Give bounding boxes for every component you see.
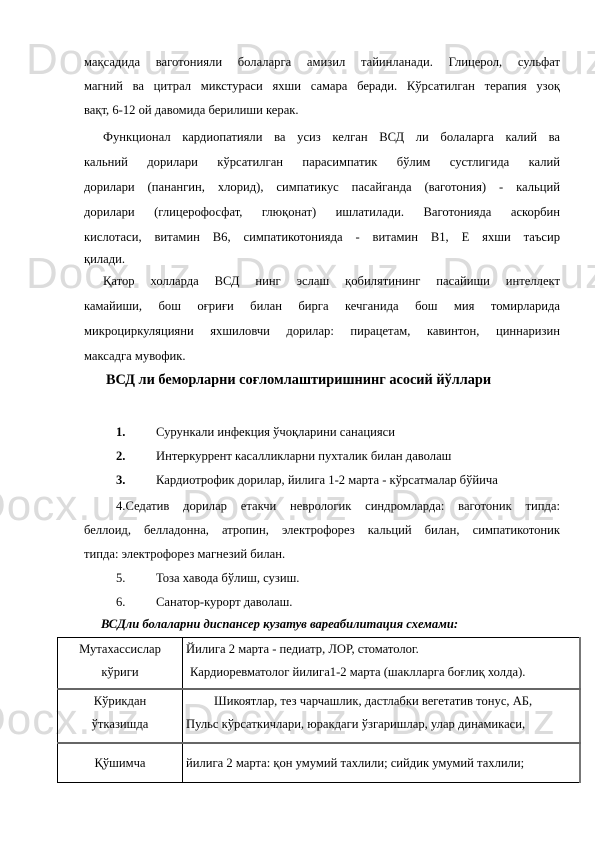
list-item-4-line: беллоид, белладонна, атропин, электрофор… — [84, 523, 560, 538]
list-item-number: 6. — [116, 595, 125, 610]
cell-line: Кардиоревматолог йилига1-2 марта (шаклла… — [186, 661, 576, 684]
cell-line: Йилига 2 марта - педиатр, ЛОР, стоматоло… — [186, 638, 576, 661]
paragraph-3-line: максадга мувофик. — [84, 349, 186, 364]
table-cell-content: Шикоятлар, тез чарчашлик, дастлабки веге… — [183, 689, 581, 743]
table-row: Мутахассислар кўриги Йилига 2 марта - пе… — [58, 638, 581, 690]
paragraph-1-line: мақсадида ваготонияли болаларга амизил т… — [84, 55, 560, 70]
cell-line: ўтказишда — [61, 713, 179, 736]
paragraph-2-line: қилади. — [84, 252, 125, 267]
paragraph-1-line: вақт, 6-12 ой давомида берилиши керак. — [84, 103, 299, 118]
paragraph-3-line: камайиши, бош оғриғи билан бирга кечгани… — [84, 299, 560, 314]
cell-line: Шикоятлар, тез чарчашлик, дастлабки веге… — [186, 690, 576, 713]
list-item-number: 3. — [116, 473, 125, 488]
paragraph-2-line: кислотаси, витамин В6, симпатикотонияда … — [84, 230, 560, 245]
paragraph-2-line: Функционал кардиопатияли ва усиз келган … — [103, 130, 560, 145]
paragraph-2-line: кальний дорилари кўрсатилган парасимпати… — [84, 155, 560, 170]
table-row: Кўрикдан ўтказишда Шикоятлар, тез чарчаш… — [58, 689, 581, 743]
list-item-number: 2. — [116, 449, 125, 464]
cell-line: Қўшимча — [61, 752, 179, 775]
list-item-number: 1. — [116, 425, 125, 440]
table-row: Қўшимча йилига 2 марта: қон умумий тахли… — [58, 743, 581, 783]
dispensary-schedule-table: Мутахассислар кўриги Йилига 2 марта - пе… — [57, 637, 581, 783]
list-item-4-line: типда: электрофорез магнезий билан. — [84, 547, 285, 562]
paragraph-1-line: магний ва цитрал микстураси яхши самара … — [84, 79, 560, 94]
table-cell-content: йилига 2 марта: қон умумий тахлили; сийд… — [183, 743, 581, 783]
cell-line: Мутахассислар — [61, 638, 179, 661]
list-item-number: 5. — [116, 571, 125, 586]
table-cell-label: Мутахассислар кўриги — [58, 638, 183, 690]
table-cell-label: Қўшимча — [58, 743, 183, 783]
list-item-text: Интеркуррент касалликларни пухталик била… — [156, 449, 451, 464]
paragraph-2-line: дорилари (глицерофосфат, глюқонат) ишлат… — [84, 205, 560, 220]
cell-line: Пульс кўрсаткичлари, юракдаги ўзгаришлар… — [186, 713, 576, 736]
table-heading: ВСДли болаларни диспансер кузатув вареаб… — [101, 617, 458, 632]
table-cell-content: Йилига 2 марта - педиатр, ЛОР, стоматоло… — [183, 638, 581, 690]
list-item-text: Сурункали инфекция ўчоқларини санацияси — [156, 425, 395, 440]
list-item-text: Санатор-курорт даволаш. — [156, 595, 292, 610]
paragraph-3-line: Қатор холларда ВСД нинг эслаш қобилятини… — [103, 274, 560, 289]
table-cell-label: Кўрикдан ўтказишда — [58, 689, 183, 743]
cell-line: Кўрикдан — [61, 690, 179, 713]
document-page: мақсадида ваготонияли болаларга амизил т… — [0, 0, 595, 842]
section-heading: ВСД ли беморларни соғломлаштиришнинг асо… — [106, 373, 491, 388]
cell-line: йилига 2 марта: қон умумий тахлили; сийд… — [186, 752, 576, 775]
list-item-text: Тоза хавода бўлиш, сузиш. — [156, 571, 299, 586]
list-item-text: Кардиотрофик дорилар, йилига 1-2 марта -… — [156, 473, 498, 488]
list-item-4-line: 4.Седатив дорилар етакчи неврологик синд… — [116, 499, 560, 514]
cell-line: кўриги — [61, 661, 179, 684]
paragraph-2-line: дорилари (панангин, хлорид), симпатикус … — [84, 180, 560, 195]
paragraph-3-line: микроциркуляцияни яхшиловчи дорилар: пир… — [84, 324, 560, 339]
